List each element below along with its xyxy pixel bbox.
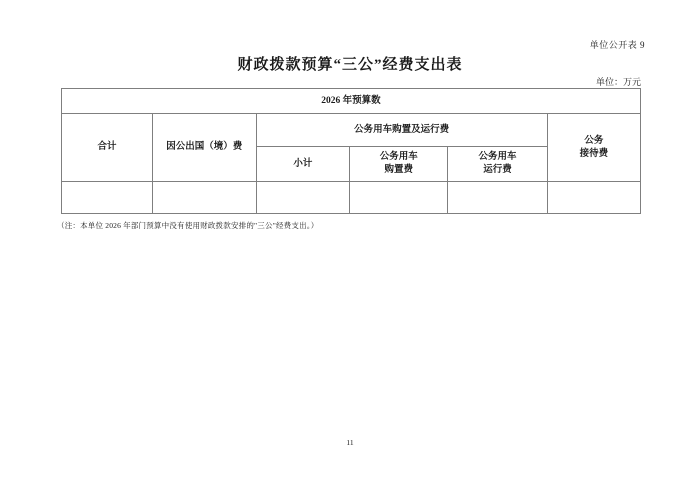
- corner-table-label: 单位公开表 9: [590, 38, 645, 51]
- col-header-vehicle-operation: 公务用车 运行费: [448, 147, 548, 182]
- col-header-vehicle-group: 公务用车购置及运行费: [256, 114, 547, 147]
- col-header-vehicle-purchase: 公务用车 购置费: [350, 147, 448, 182]
- document-page: 单位公开表 9 财政拨款预算“三公”经费支出表 单位：万元 2026 年预算数 …: [0, 0, 700, 495]
- column-header-row-1: 合计 因公出国（境）费 公务用车购置及运行费 公务 接待费: [62, 114, 641, 147]
- year-header-cell: 2026 年预算数: [62, 89, 641, 114]
- data-cell-vehicle-purchase: [350, 182, 448, 214]
- col-header-reception: 公务 接待费: [547, 114, 640, 182]
- page-title: 财政拨款预算“三公”经费支出表: [0, 53, 700, 74]
- three-public-expenses-table: 2026 年预算数 合计 因公出国（境）费 公务用车购置及运行费 公务 接待费 …: [61, 88, 641, 214]
- data-cell-abroad: [152, 182, 256, 214]
- data-cell-vehicle-subtotal: [256, 182, 350, 214]
- data-cell-total: [62, 182, 153, 214]
- unit-label: 单位：万元: [596, 75, 641, 88]
- data-row: [62, 182, 641, 214]
- col-header-total: 合计: [62, 114, 153, 182]
- data-cell-vehicle-operation: [448, 182, 548, 214]
- col-header-abroad: 因公出国（境）费: [152, 114, 256, 182]
- col-header-vehicle-subtotal: 小计: [256, 147, 350, 182]
- note-text: （注：本单位 2026 年部门预算中没有使用财政拨款安排的"三公"经费支出。）: [57, 220, 318, 231]
- data-cell-reception: [547, 182, 640, 214]
- page-number: 11: [0, 438, 700, 447]
- year-header-row: 2026 年预算数: [62, 89, 641, 114]
